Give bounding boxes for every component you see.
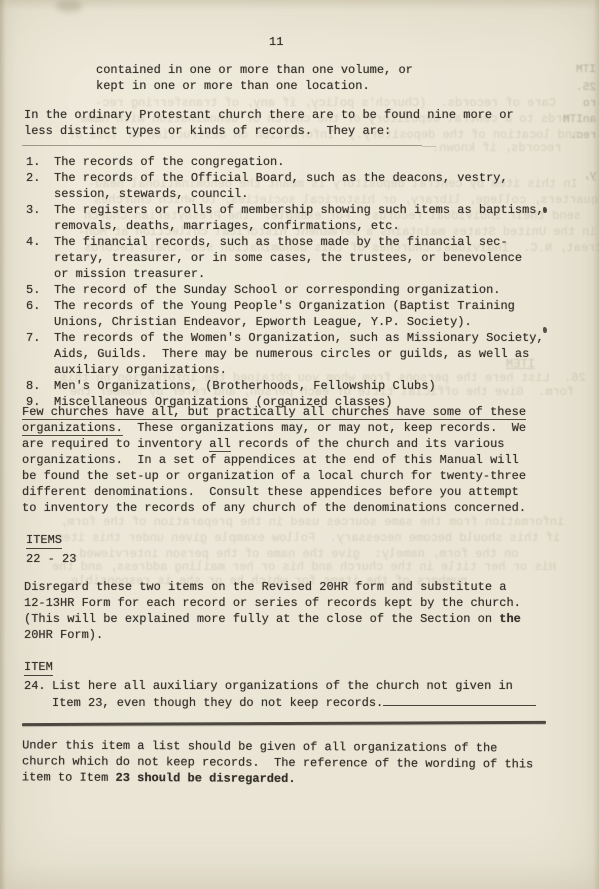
horizontal-rule-thick [22,721,546,726]
record-type-item: 2.The records of the Official Board, suc… [26,170,566,202]
record-type-item: 7.The records of the Women's Organizatio… [26,330,566,378]
intro-paragraph: In the ordinary Protestant church there … [24,107,514,139]
items-22-23-heading: ITEMS 22 - 23 [26,532,76,567]
item-heading-label: ITEM [24,659,53,676]
record-type-item: 4.The financial records, such as those m… [26,234,566,282]
few-churches-paragraph: Few churches have all, but practically a… [22,404,562,516]
record-type-item: 8.Men's Organizations, (Brotherhoods, Fe… [26,378,566,394]
document-page: Care of records. (Church's policy, if an… [0,0,599,889]
scan-smudge [56,0,82,12]
record-types-list: 1.The records of the congregation.2.The … [26,154,566,410]
closing-paragraph: Under this item a list should be given o… [22,737,567,788]
record-type-item: 1.The records of the congregation. [26,154,566,170]
horizontal-rule-thin [22,145,422,146]
page-number: 11 [269,34,283,50]
items-heading-label: ITEMS [26,532,62,549]
record-type-item: 5.The record of the Sunday School or cor… [26,282,566,298]
record-type-item: 3.The registers or rolls of membership s… [26,202,566,234]
items-heading-range: 22 - 23 [26,551,76,567]
item-24-number: 24. [24,678,52,711]
record-type-item: 6.The records of the Young People's Orga… [26,298,566,330]
carryover-paragraph: contained in one or more than one volume… [96,62,413,94]
item-24-heading: ITEM [24,659,53,676]
disregard-paragraph: Disregard these two items on the Revised… [24,579,564,643]
item-24-entry: 24. List here all auxiliary organization… [24,678,569,711]
item-24-text: List here all auxiliary organizations of… [52,678,569,711]
